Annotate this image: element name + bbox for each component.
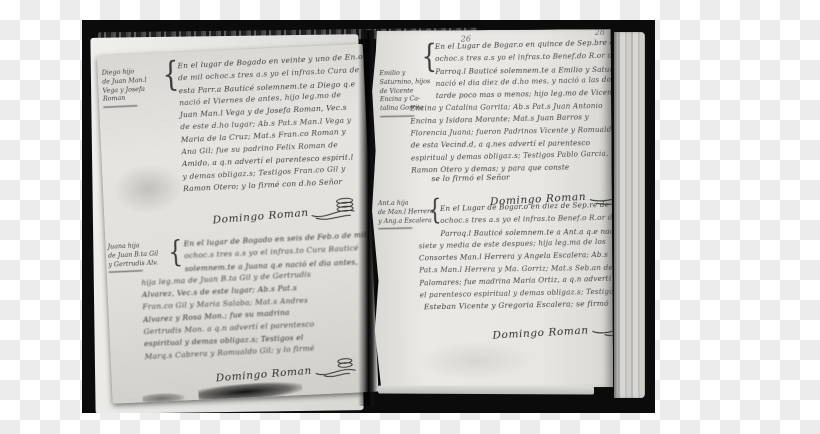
left-page: Diego hijo de Juan Man.l Vega y Josefa R… [97, 44, 379, 404]
margin-note-underline [378, 228, 412, 230]
margin-note-underline [380, 115, 414, 117]
signature-rubric-icon [313, 354, 359, 381]
signature-rubric-icon [309, 194, 357, 224]
right-page-content: 26 28 Emilio y Saturnino, hijos de Vicen… [371, 29, 613, 389]
transparency-checkerboard: Diego hijo de Juan Man.l Vega y Josefa R… [0, 0, 820, 434]
signature-text: Domingo Roman [212, 207, 309, 227]
right-page-edges [614, 32, 645, 398]
right-entry2-text: En el Lugar de Bogar.o en diez de Sep.re… [418, 200, 612, 302]
margin-note-underline [109, 271, 143, 274]
closing-line: se lo firmó el Señor [431, 172, 510, 186]
closing-line: Esteban Vicente y Gregoria Escalera; se … [424, 298, 609, 314]
margin-note-underline [103, 105, 137, 108]
left-entry1-text: En el lugar de Bogado en veinte y uno de… [177, 52, 365, 195]
signature: Domingo Roman [211, 194, 357, 231]
right-page: 26 28 Emilio y Saturnino, hijos de Vicen… [371, 29, 613, 389]
page-stain [415, 339, 536, 381]
left-entry1-margin-note: Diego hijo de Juan Man.l Vega y Josefa R… [102, 67, 166, 108]
page-stain [112, 162, 184, 215]
page-number: 28 [595, 29, 605, 37]
manuscript-photo: Diego hijo de Juan Man.l Vega y Josefa R… [82, 20, 655, 413]
bottom-page-edge [378, 385, 594, 394]
margin-note-line: Roman [103, 93, 165, 105]
left-entry2-text: En el lugar de Bogado en seis de Feb.o d… [139, 230, 368, 363]
signature-rubric-icon [590, 313, 613, 342]
right-entry1-text: En el Lugar de Bogar.o en quince de Sep.… [409, 38, 610, 177]
